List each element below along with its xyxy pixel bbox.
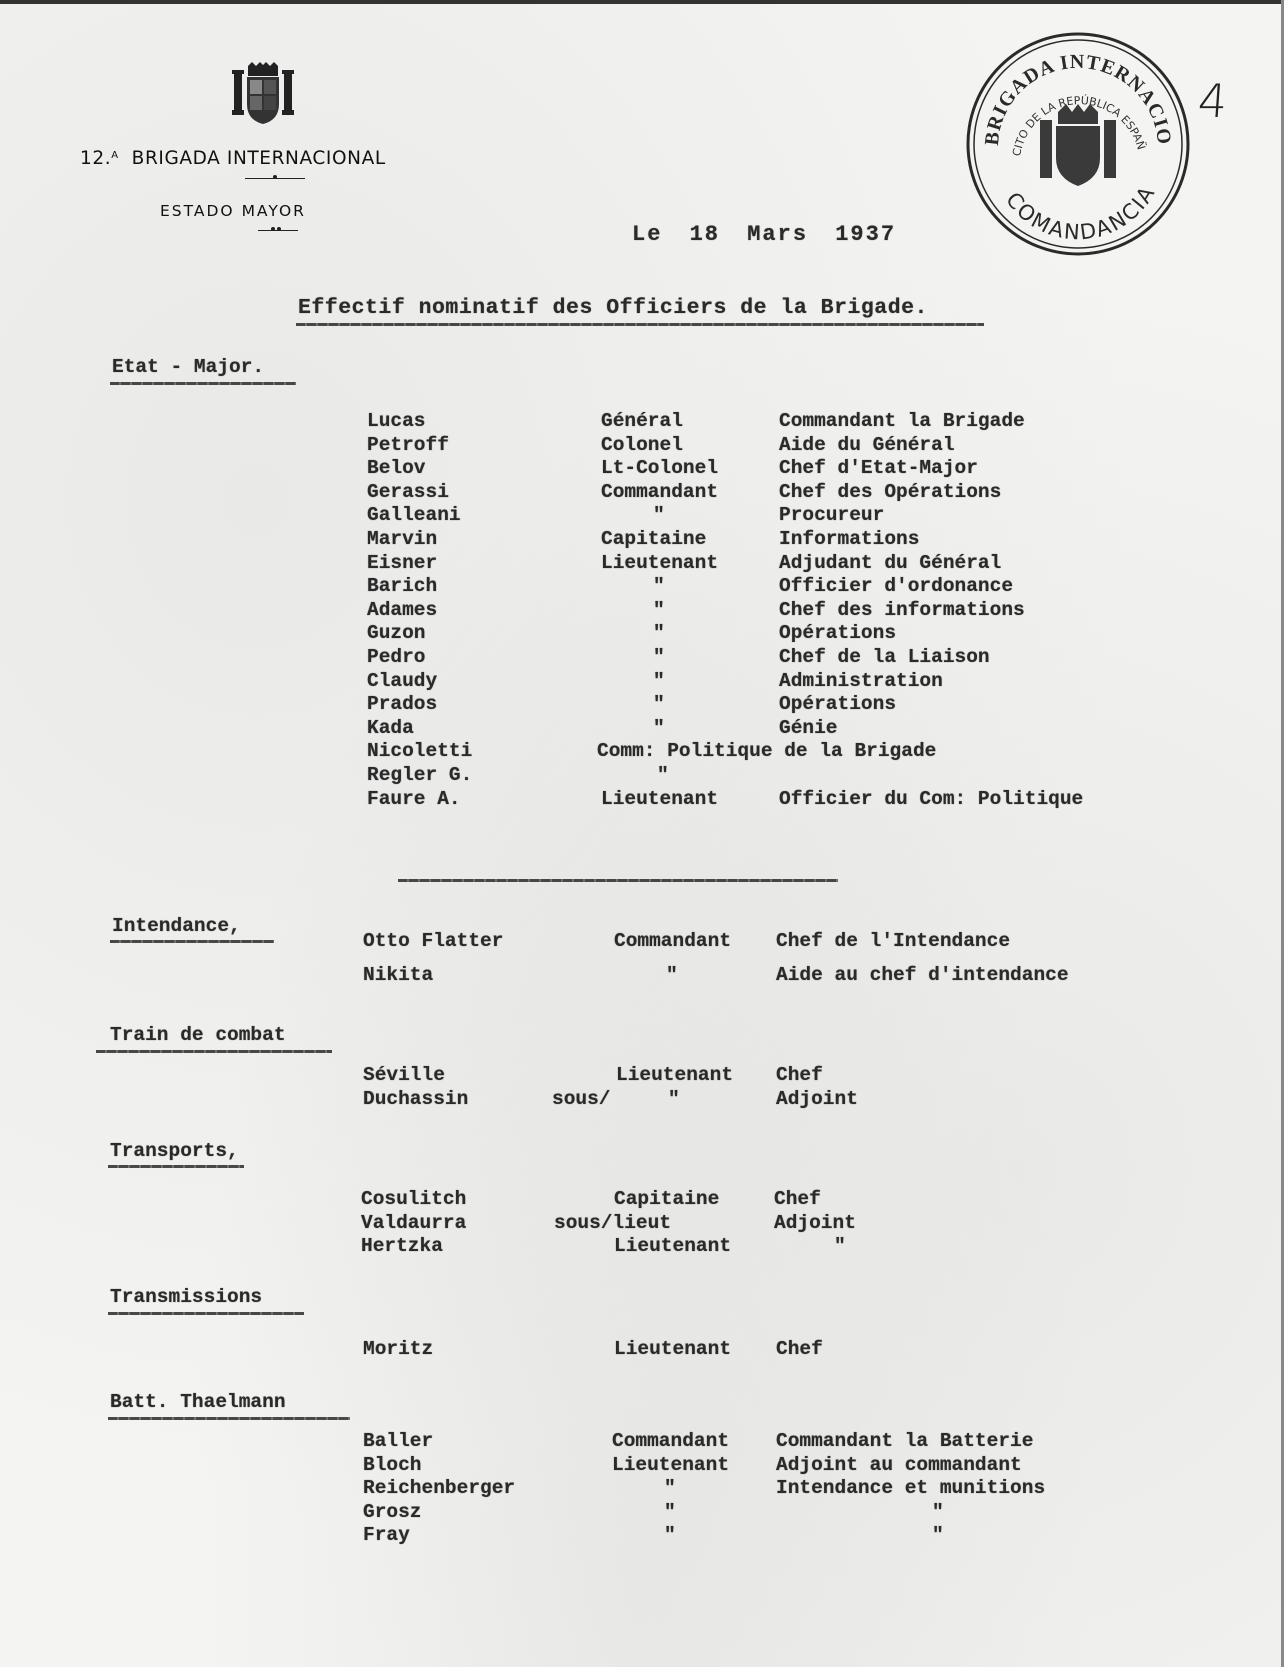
section-heading: Train de combat	[110, 1024, 286, 1046]
officer-rank: Lieutenant	[614, 1338, 731, 1360]
officer-name: Petroff	[367, 434, 449, 456]
officer-rank: Lieutenant	[601, 552, 718, 574]
officer-role: Aide du Général	[779, 434, 955, 456]
officer-rank: Lieutenant	[614, 1235, 731, 1257]
officer-rank: Commandant	[614, 930, 731, 952]
section-heading-underline	[108, 1165, 244, 1168]
officer-rank: Comm: Politique de la Brigade	[597, 740, 936, 762]
coat-of-arms-icon	[230, 62, 296, 124]
section-heading: Intendance,	[112, 915, 241, 937]
divider-dot	[273, 175, 277, 179]
officer-name: Grosz	[363, 1501, 422, 1523]
officer-name: Séville	[363, 1064, 445, 1086]
officer-role: Opérations	[779, 693, 896, 715]
officer-rank: Commandant	[612, 1430, 729, 1452]
officer-role: Administration	[779, 670, 943, 692]
officer-name: Otto Flatter	[363, 930, 503, 952]
officer-rank-prefix: sous/	[552, 1088, 611, 1110]
officer-rank: "	[653, 693, 665, 715]
section-heading: Transports,	[110, 1140, 239, 1162]
officer-name: Hertzka	[361, 1235, 443, 1257]
officer-rank: Lt-Colonel	[601, 457, 718, 479]
officer-rank: sous/lieut	[554, 1212, 671, 1234]
officer-role: Chef	[776, 1064, 823, 1086]
officer-role: Officier du Com: Politique	[779, 788, 1083, 810]
officer-role: Adjoint	[776, 1088, 858, 1110]
officer-rank: "	[666, 964, 678, 986]
officer-role: Chef des informations	[779, 599, 1025, 621]
divider-dot	[277, 227, 281, 231]
officer-role: "	[834, 1235, 846, 1257]
section-heading: Batt. Thaelmann	[110, 1391, 286, 1413]
officer-name: Reichenberger	[363, 1477, 515, 1499]
officer-rank: Colonel	[601, 434, 683, 456]
section-separator	[398, 879, 838, 882]
page-number: 4	[1196, 74, 1229, 128]
officer-rank: Lieutenant	[601, 788, 718, 810]
officer-name: Kada	[367, 717, 414, 739]
officer-name: Cosulitch	[361, 1188, 466, 1210]
officer-name: Nikita	[363, 964, 433, 986]
officer-name: Duchassin	[363, 1088, 468, 1110]
officer-rank: "	[653, 599, 665, 621]
officer-role: "	[932, 1524, 944, 1546]
officer-rank: Lieutenant	[616, 1064, 733, 1086]
officer-rank: "	[653, 504, 665, 526]
officer-name: Belov	[367, 457, 426, 479]
svg-text:COMANDANCIA: COMANDANCIA	[1001, 181, 1160, 245]
section-heading-underline	[96, 1050, 332, 1053]
officer-role: Chef de l'Intendance	[776, 930, 1010, 952]
officer-rank: "	[664, 1501, 676, 1523]
officer-role: Opérations	[779, 622, 896, 644]
title-underline	[296, 323, 984, 326]
officer-name: Gerassi	[367, 481, 449, 503]
officer-name: Adames	[367, 599, 437, 621]
officer-name: Bloch	[363, 1454, 422, 1476]
document-title: Effectif nominatif des Officiers de la B…	[298, 296, 928, 320]
divider-dot	[271, 227, 275, 231]
brigade-ordinal: A	[111, 150, 118, 161]
officer-name: Lucas	[367, 410, 426, 432]
officer-rank: "	[664, 1477, 676, 1499]
officer-name: Galleani	[367, 504, 461, 526]
section-heading: Etat - Major.	[112, 356, 264, 378]
officer-name: Faure A.	[367, 788, 461, 810]
officer-role: Génie	[779, 717, 838, 739]
officer-rank: "	[657, 764, 669, 786]
officer-role: Chef des Opérations	[779, 481, 1001, 503]
officer-role: Officier d'ordonance	[779, 575, 1013, 597]
brigade-title: BRIGADA INTERNACIONAL	[132, 148, 386, 169]
officer-role: Aide au chef d'intendance	[776, 964, 1069, 986]
officer-rank: "	[653, 670, 665, 692]
officer-name: Valdaurra	[361, 1212, 466, 1234]
officer-name: Regler G.	[367, 764, 472, 786]
document-date: Le 18 Mars 1937	[632, 222, 896, 247]
officer-rank: "	[653, 646, 665, 668]
officer-rank: Général	[601, 410, 683, 432]
brigade-name: 12.A BRIGADA INTERNACIONAL	[80, 148, 430, 169]
officer-role: Adjoint	[774, 1212, 856, 1234]
officer-name: Prados	[367, 693, 437, 715]
estado-mayor: ESTADO MAYOR	[160, 202, 390, 220]
section-heading-underline	[108, 1312, 304, 1315]
section-heading-underline	[110, 382, 296, 385]
officer-name: Guzon	[367, 622, 426, 644]
section-heading: Transmissions	[110, 1286, 262, 1308]
officer-name: Marvin	[367, 528, 437, 550]
officer-rank: Lieutenant	[612, 1454, 729, 1476]
officer-name: Barich	[367, 575, 437, 597]
officer-role: Procureur	[779, 504, 884, 526]
officer-rank: Capitaine	[601, 528, 706, 550]
officer-name: Baller	[363, 1430, 433, 1452]
officer-role: "	[932, 1501, 944, 1523]
officer-role: Commandant la Batterie	[776, 1430, 1033, 1452]
officer-rank: Commandant	[601, 481, 718, 503]
stamp-bottom-text: COMANDANCIA	[1001, 181, 1160, 245]
officer-role: Chef de la Liaison	[779, 646, 990, 668]
page-edge	[0, 0, 1284, 4]
officer-name: Pedro	[367, 646, 426, 668]
officer-name: Nicoletti	[367, 740, 472, 762]
officer-rank: "	[668, 1088, 680, 1110]
officer-role: Adjoint au commandant	[776, 1454, 1022, 1476]
officer-role: Informations	[779, 528, 919, 550]
officer-name: Moritz	[363, 1338, 433, 1360]
officer-rank: "	[664, 1524, 676, 1546]
officer-rank: "	[653, 575, 665, 597]
section-heading-underline	[108, 1417, 350, 1420]
officer-role: Intendance et munitions	[776, 1477, 1045, 1499]
officer-name: Eisner	[367, 552, 437, 574]
officer-name: Fray	[363, 1524, 410, 1546]
section-heading-underline	[110, 940, 274, 943]
officer-role: Commandant la Brigade	[779, 410, 1025, 432]
brigade-number: 12.	[80, 148, 111, 169]
officer-role: Chef d'Etat-Major	[779, 457, 978, 479]
officer-rank: "	[653, 717, 665, 739]
officer-rank: Capitaine	[614, 1188, 719, 1210]
officer-rank: "	[653, 622, 665, 644]
officer-name: Claudy	[367, 670, 437, 692]
officer-role: Adjudant du Général	[779, 552, 1001, 574]
comandancia-stamp-icon: XII. BRIGADA INTERNACIONAL EJÉRCITO DE L…	[962, 28, 1194, 260]
officer-role: Chef	[774, 1188, 821, 1210]
officer-role: Chef	[776, 1338, 823, 1360]
